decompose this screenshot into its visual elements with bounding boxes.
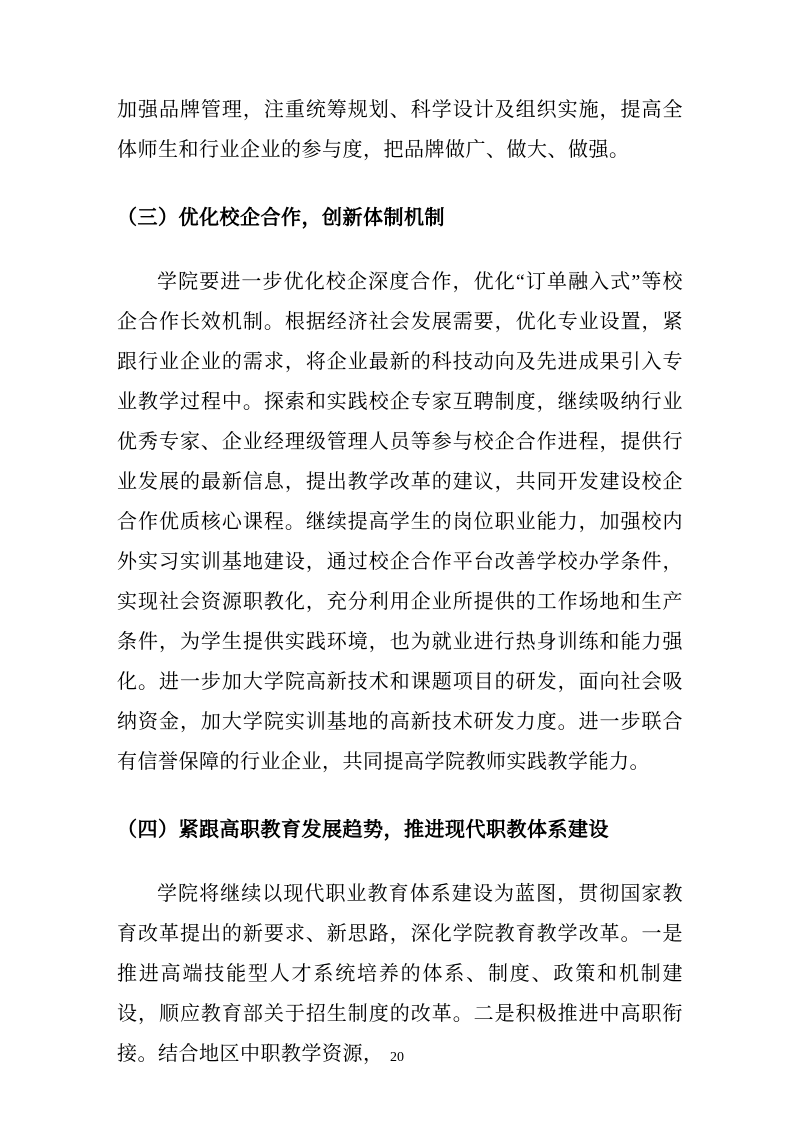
document-page: 加强品牌管理，注重统筹规划、科学设计及组织实施，提高全体师生和行业企业的参与度，… xyxy=(0,0,794,1123)
section-heading-4: （四）紧跟高职教育发展趋势，推进现代职教体系建设 xyxy=(117,810,683,850)
page-number: 20 xyxy=(0,1051,794,1065)
section-heading-3: （三）优化校企合作，创新体制机制 xyxy=(117,198,683,238)
section-3-paragraph: 学院要进一步优化校企深度合作，优化“订单融入式”等校企合作长效机制。根据经济社会… xyxy=(117,262,683,782)
section-4-paragraph: 学院将继续以现代职业教育体系建设为蓝图，贯彻国家教育改革提出的新要求、新思路，深… xyxy=(117,874,683,1074)
continuation-paragraph: 加强品牌管理，注重统筹规划、科学设计及组织实施，提高全体师生和行业企业的参与度，… xyxy=(117,90,683,170)
page-content: 加强品牌管理，注重统筹规划、科学设计及组织实施，提高全体师生和行业企业的参与度，… xyxy=(0,0,794,1074)
